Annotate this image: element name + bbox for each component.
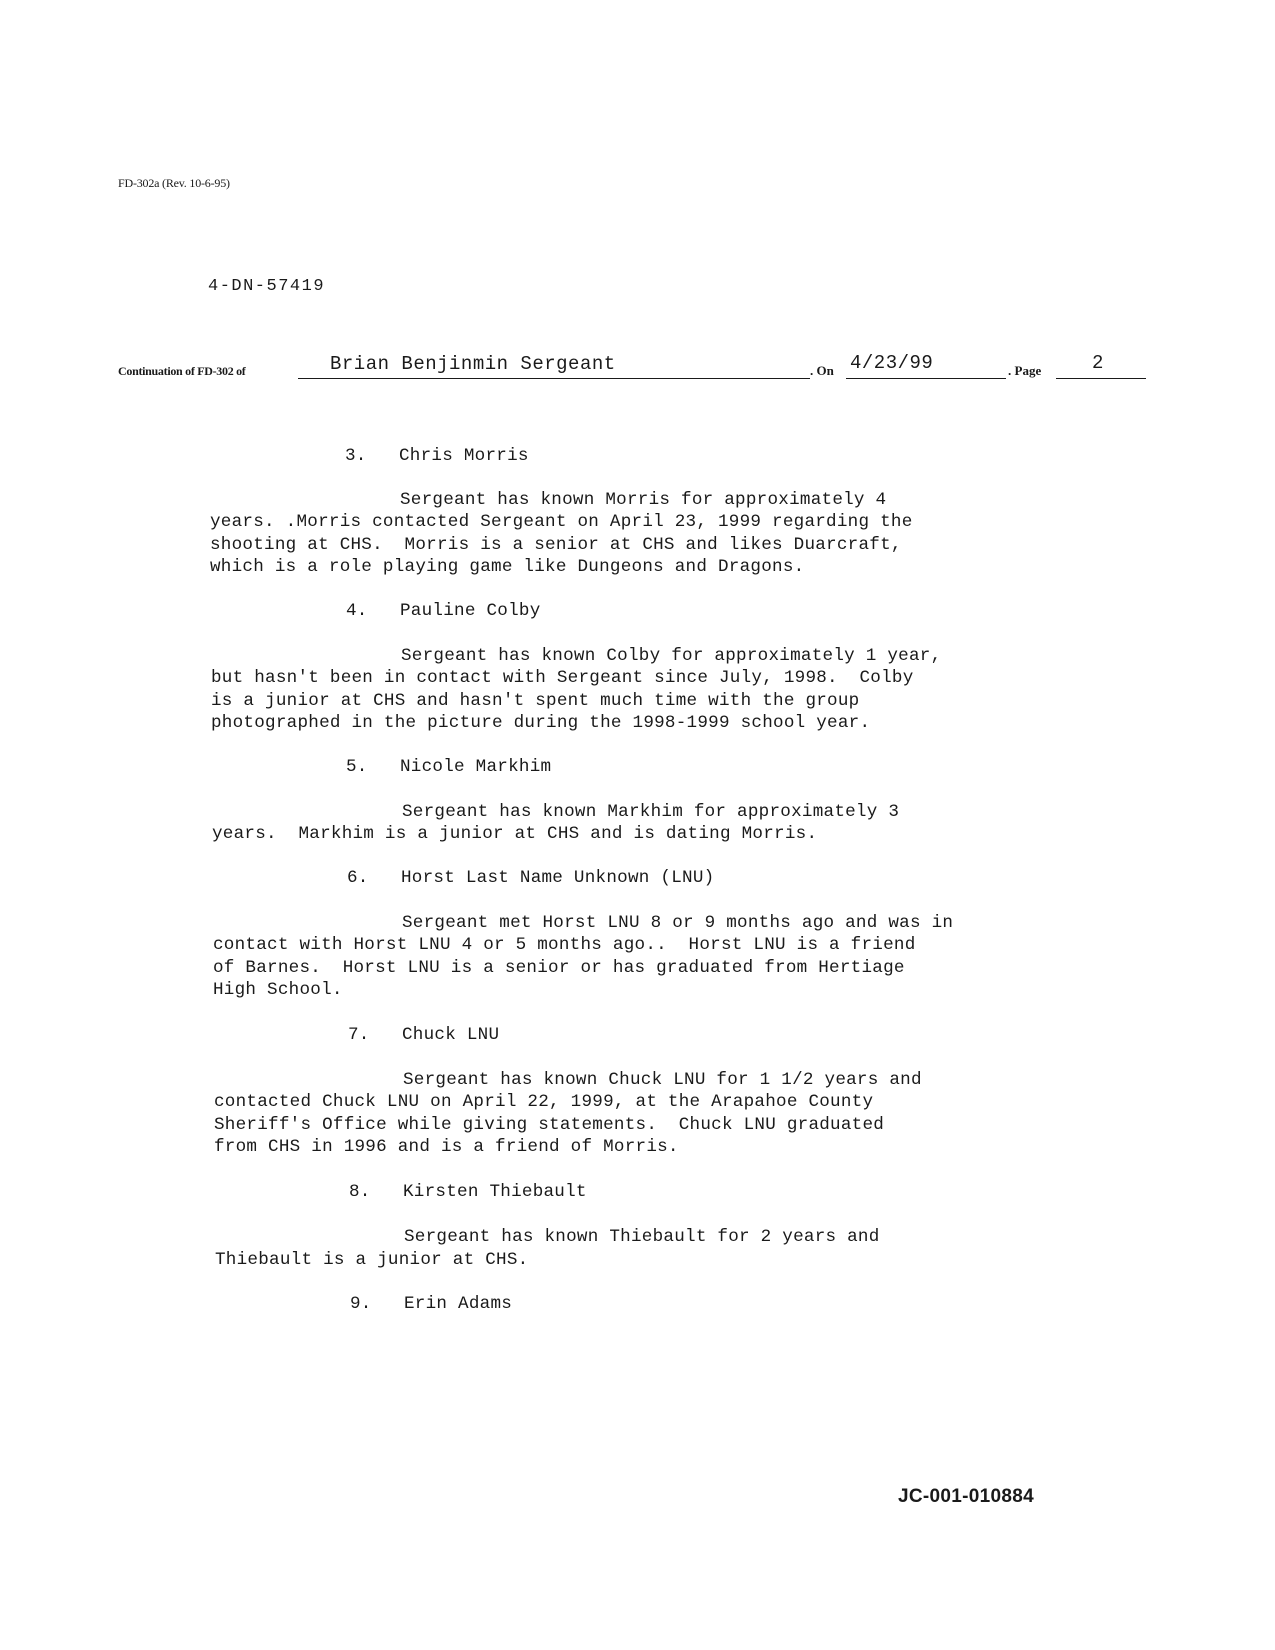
item-name: Pauline Colby [400, 601, 541, 621]
paragraph-line: Sheriff's Office while giving statements… [214, 1114, 884, 1137]
date-underline [846, 378, 1006, 379]
item-name: Kirsten Thiebault [403, 1182, 587, 1202]
form-identifier: FD-302a (Rev. 10-6-95) [118, 176, 230, 191]
paragraph-line: Thiebault is a junior at CHS. [215, 1249, 528, 1272]
paragraph-line: years. .Morris contacted Sergeant on Apr… [210, 511, 913, 534]
item-number: 3. [345, 446, 367, 466]
paragraph-line: Sergeant has known Thiebault for 2 years… [404, 1226, 880, 1249]
paragraph-line: contacted Chuck LNU on April 22, 1999, a… [214, 1091, 873, 1114]
page-underline [1056, 378, 1146, 379]
item-number: 8. [349, 1182, 371, 1202]
file-number: 4-DN-57419 [208, 277, 325, 296]
paragraph-line: Sergeant has known Colby for approximate… [401, 645, 941, 668]
paragraph-line: Sergeant has known Markhim for approxima… [402, 801, 899, 824]
page-label: . Page [1008, 363, 1041, 379]
item-name: Horst Last Name Unknown (LNU) [401, 868, 714, 888]
interview-date: 4/23/99 [850, 352, 933, 374]
on-label: . On [810, 363, 834, 379]
page-number: 2 [1092, 352, 1104, 374]
paragraph-line: is a junior at CHS and hasn't spent much… [211, 690, 859, 713]
item-name: Erin Adams [404, 1294, 512, 1314]
item-number: 4. [346, 601, 368, 621]
subject-name-underline [298, 378, 810, 379]
item-number: 5. [346, 757, 368, 777]
bates-number: JC-001-010884 [898, 1486, 1034, 1508]
item-number: 6. [347, 868, 369, 888]
paragraph-line: Sergeant has known Chuck LNU for 1 1/2 y… [403, 1069, 922, 1092]
paragraph-line: from CHS in 1996 and is a friend of Morr… [214, 1136, 679, 1159]
paragraph-line: photographed in the picture during the 1… [211, 712, 870, 735]
subject-name: Brian Benjinmin Sergeant [330, 353, 616, 375]
paragraph-line: years. Markhim is a junior at CHS and is… [212, 823, 817, 846]
item-number: 9. [350, 1294, 372, 1314]
paragraph-line: shooting at CHS. Morris is a senior at C… [210, 534, 902, 557]
item-name: Nicole Markhim [400, 757, 551, 777]
paragraph-line: Sergeant has known Morris for approximat… [400, 489, 886, 512]
paragraph-line: Sergeant met Horst LNU 8 or 9 months ago… [402, 912, 953, 935]
paragraph-line: contact with Horst LNU 4 or 5 months ago… [213, 934, 916, 957]
paragraph-line: but hasn't been in contact with Sergeant… [211, 667, 914, 690]
item-name: Chris Morris [399, 446, 529, 466]
paragraph-line: High School. [213, 979, 343, 1002]
paragraph-line: of Barnes. Horst LNU is a senior or has … [213, 957, 905, 980]
item-number: 7. [348, 1025, 370, 1045]
paragraph-line: which is a role playing game like Dungeo… [210, 556, 804, 579]
item-name: Chuck LNU [402, 1025, 499, 1045]
continuation-label: Continuation of FD-302 of [118, 364, 246, 379]
